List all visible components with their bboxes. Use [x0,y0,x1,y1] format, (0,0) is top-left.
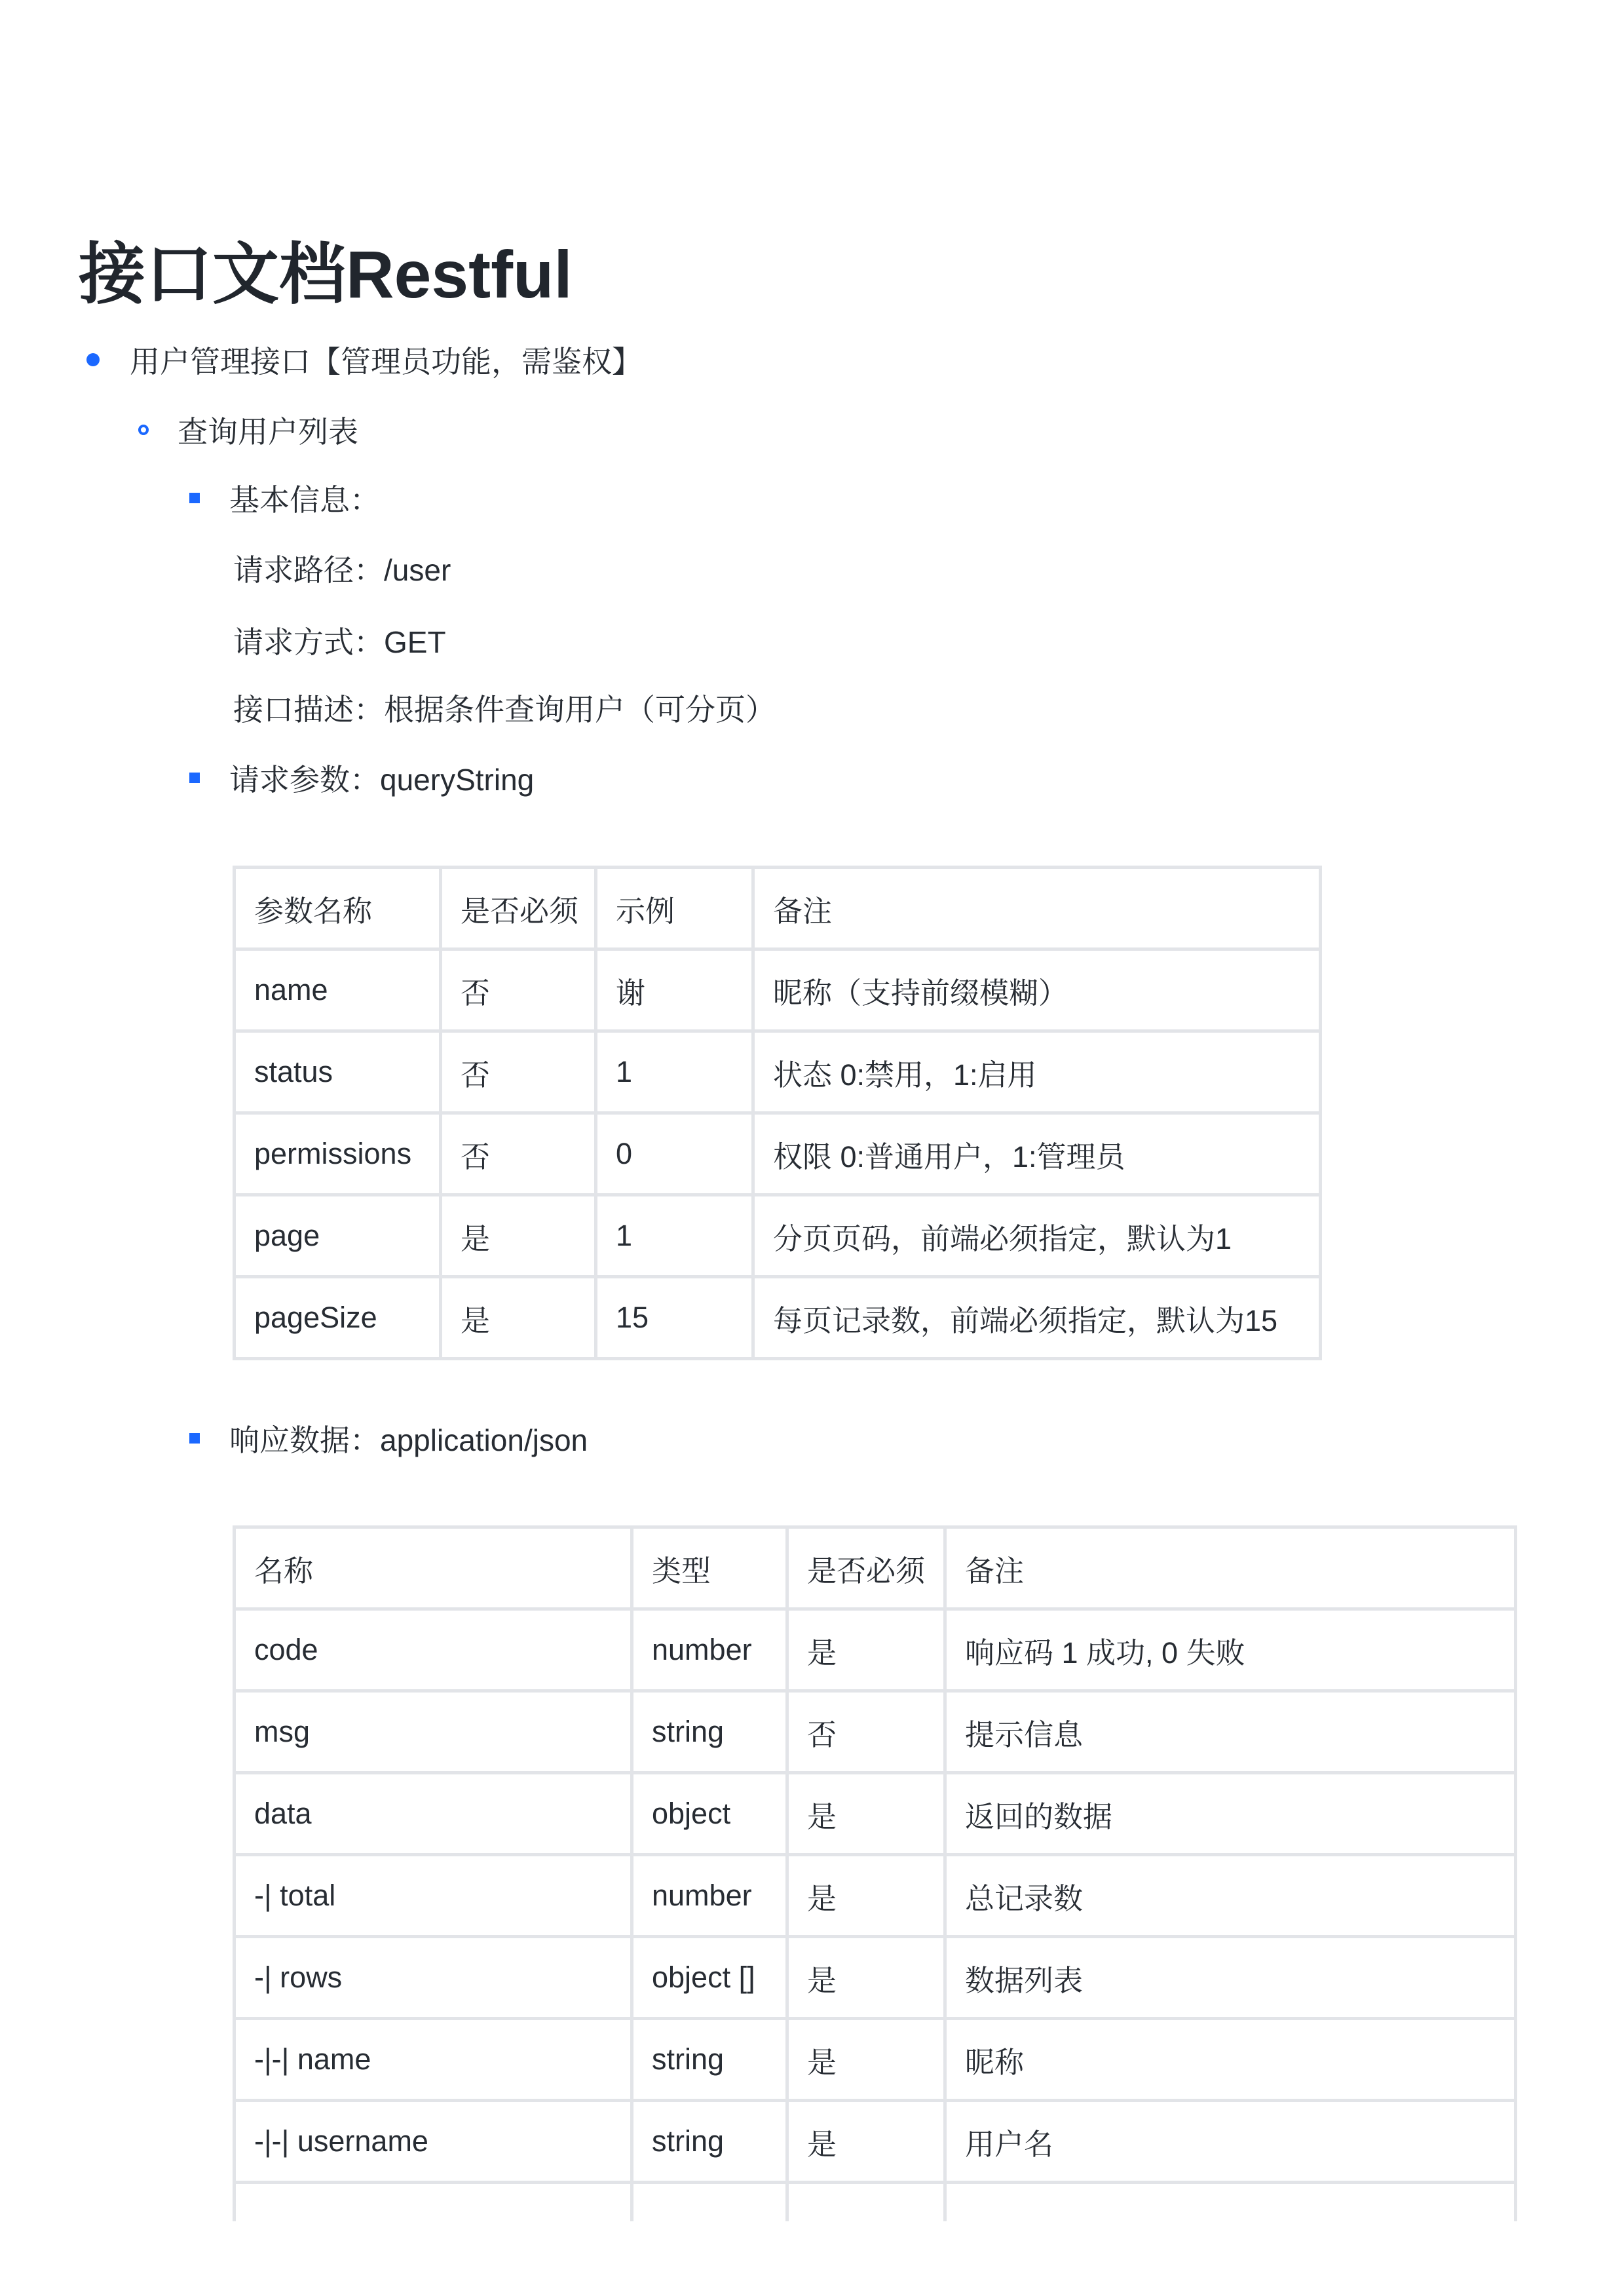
table-cell: number [632,1855,787,1937]
table-cell [632,2183,787,2222]
document-page: 接口文档Restful 用户管理接口【管理员功能，需鉴权】 查询用户列表 基本信… [0,0,1624,2296]
request-params-table: 参数名称 是否必须 示例 备注 name 否 谢 昵称（支持前缀模糊） stat… [233,866,1322,1360]
list-item-label: 基本信息： [229,476,380,520]
table-cell: code [235,1609,632,1691]
table-cell: 否 [787,1691,945,1773]
column-header: 名称 [235,1527,632,1609]
column-header: 示例 [596,868,753,949]
square-bullet-icon [189,1433,200,1444]
table-cell: 否 [441,949,596,1031]
column-header: 类型 [632,1527,787,1609]
table-cell: 用户名 [945,2101,1516,2183]
table-cell: 数据列表 [945,1937,1516,2019]
request-params-table-wrap: 参数名称 是否必须 示例 备注 name 否 谢 昵称（支持前缀模糊） stat… [233,866,1325,1364]
table-cell: 是 [787,1855,945,1937]
list-item-label: 查询用户列表 [178,408,358,451]
response-table: 名称 类型 是否必须 备注 code number 是 响应码 1 成功, 0 … [233,1525,1517,2221]
table-row: page 是 1 分页页码，前端必须指定，默认为1 [235,1195,1321,1277]
table-row: permissions 否 0 权限 0:普通用户，1:管理员 [235,1113,1321,1195]
table-cell: 是 [787,1609,945,1691]
column-header: 备注 [945,1527,1516,1609]
list-item-label: 用户管理接口【管理员功能，需鉴权】 [130,338,642,381]
table-cell: 是 [787,1937,945,2019]
table-cell: string [632,2101,787,2183]
list-item-label: 响应数据：application/json [229,1417,588,1460]
table-cell: 权限 0:普通用户，1:管理员 [753,1113,1321,1195]
table-cell: 0 [596,1113,753,1195]
table-cell: page [235,1195,441,1277]
square-bullet-icon [189,493,200,503]
table-row: -|-| name string 是 昵称 [235,2019,1516,2101]
table-cell: 是 [787,2019,945,2101]
table-cell: string [632,1691,787,1773]
square-bullet-icon [189,773,200,783]
table-row: -| rows object [] 是 数据列表 [235,1937,1516,2019]
table-cell: 1 [596,1031,753,1113]
table-row: -|-| username string 是 用户名 [235,2101,1516,2183]
table-cell: object [] [632,1937,787,2019]
table-cell: -|-| username [235,2101,632,2183]
table-cell: permissions [235,1113,441,1195]
circle-bullet-icon [138,425,149,435]
request-path-line: 请求路径：/user [233,548,451,588]
table-cell: -|-| name [235,2019,632,2101]
table-row: data object 是 返回的数据 [235,1773,1516,1855]
table-cell: 提示信息 [945,1691,1516,1773]
table-cell: 是 [787,2101,945,2183]
list-item-label: 请求参数：queryString [229,756,534,799]
table-row: -| total number 是 总记录数 [235,1855,1516,1937]
table-cell: msg [235,1691,632,1773]
column-header: 是否必须 [441,868,596,949]
table-cell: pageSize [235,1277,441,1359]
list-item-response-data: 响应数据：application/json [189,1418,588,1459]
api-description-line: 接口描述：根据条件查询用户（可分页） [233,687,776,728]
table-cell: 是 [441,1277,596,1359]
table-cell: 返回的数据 [945,1773,1516,1855]
table-cell: 是 [441,1195,596,1277]
list-item-level1: 用户管理接口【管理员功能，需鉴权】 [86,339,642,380]
table-cell: data [235,1773,632,1855]
table-cell: 否 [441,1113,596,1195]
table-cell: status [235,1031,441,1113]
paragraph-text: 接口描述：根据条件查询用户（可分页） [233,686,776,729]
column-header: 是否必须 [787,1527,945,1609]
paragraph-text: 请求路径：/user [233,546,451,590]
table-cell: 15 [596,1277,753,1359]
list-item-level2: 查询用户列表 [138,410,358,450]
table-cell: object [632,1773,787,1855]
table-header-row: 参数名称 是否必须 示例 备注 [235,868,1321,949]
table-cell: 昵称（支持前缀模糊） [753,949,1321,1031]
request-method-line: 请求方式：GET [233,620,446,660]
disc-bullet-icon [86,353,100,366]
table-cell: 谢 [596,949,753,1031]
column-header: 备注 [753,868,1321,949]
table-cell: name [235,949,441,1031]
table-cell: 分页页码，前端必须指定，默认为1 [753,1195,1321,1277]
table-cell: 响应码 1 成功, 0 失败 [945,1609,1516,1691]
table-row-partial [235,2183,1516,2222]
table-cell: string [632,2019,787,2101]
table-cell [235,2183,632,2222]
table-cell: 状态 0:禁用，1:启用 [753,1031,1321,1113]
table-cell: 每页记录数，前端必须指定，默认为15 [753,1277,1321,1359]
list-item-basic-info: 基本信息： [189,478,380,518]
table-row: code number 是 响应码 1 成功, 0 失败 [235,1609,1516,1691]
table-row: name 否 谢 昵称（支持前缀模糊） [235,949,1321,1031]
table-cell [787,2183,945,2222]
table-cell: 是 [787,1773,945,1855]
table-cell: 1 [596,1195,753,1277]
table-cell: 否 [441,1031,596,1113]
table-row: pageSize 是 15 每页记录数，前端必须指定，默认为15 [235,1277,1321,1359]
table-cell: 总记录数 [945,1855,1516,1937]
column-header: 参数名称 [235,868,441,949]
table-header-row: 名称 类型 是否必须 备注 [235,1527,1516,1609]
table-cell: -| rows [235,1937,632,2019]
response-table-wrap: 名称 类型 是否必须 备注 code number 是 响应码 1 成功, 0 … [233,1525,1520,2221]
table-cell [945,2183,1516,2222]
paragraph-text: 请求方式：GET [233,619,446,662]
page-title: 接口文档Restful [79,239,573,311]
table-row: msg string 否 提示信息 [235,1691,1516,1773]
table-cell: number [632,1609,787,1691]
table-cell: 昵称 [945,2019,1516,2101]
table-row: status 否 1 状态 0:禁用，1:启用 [235,1031,1321,1113]
list-item-request-params: 请求参数：queryString [189,757,534,798]
table-cell: -| total [235,1855,632,1937]
